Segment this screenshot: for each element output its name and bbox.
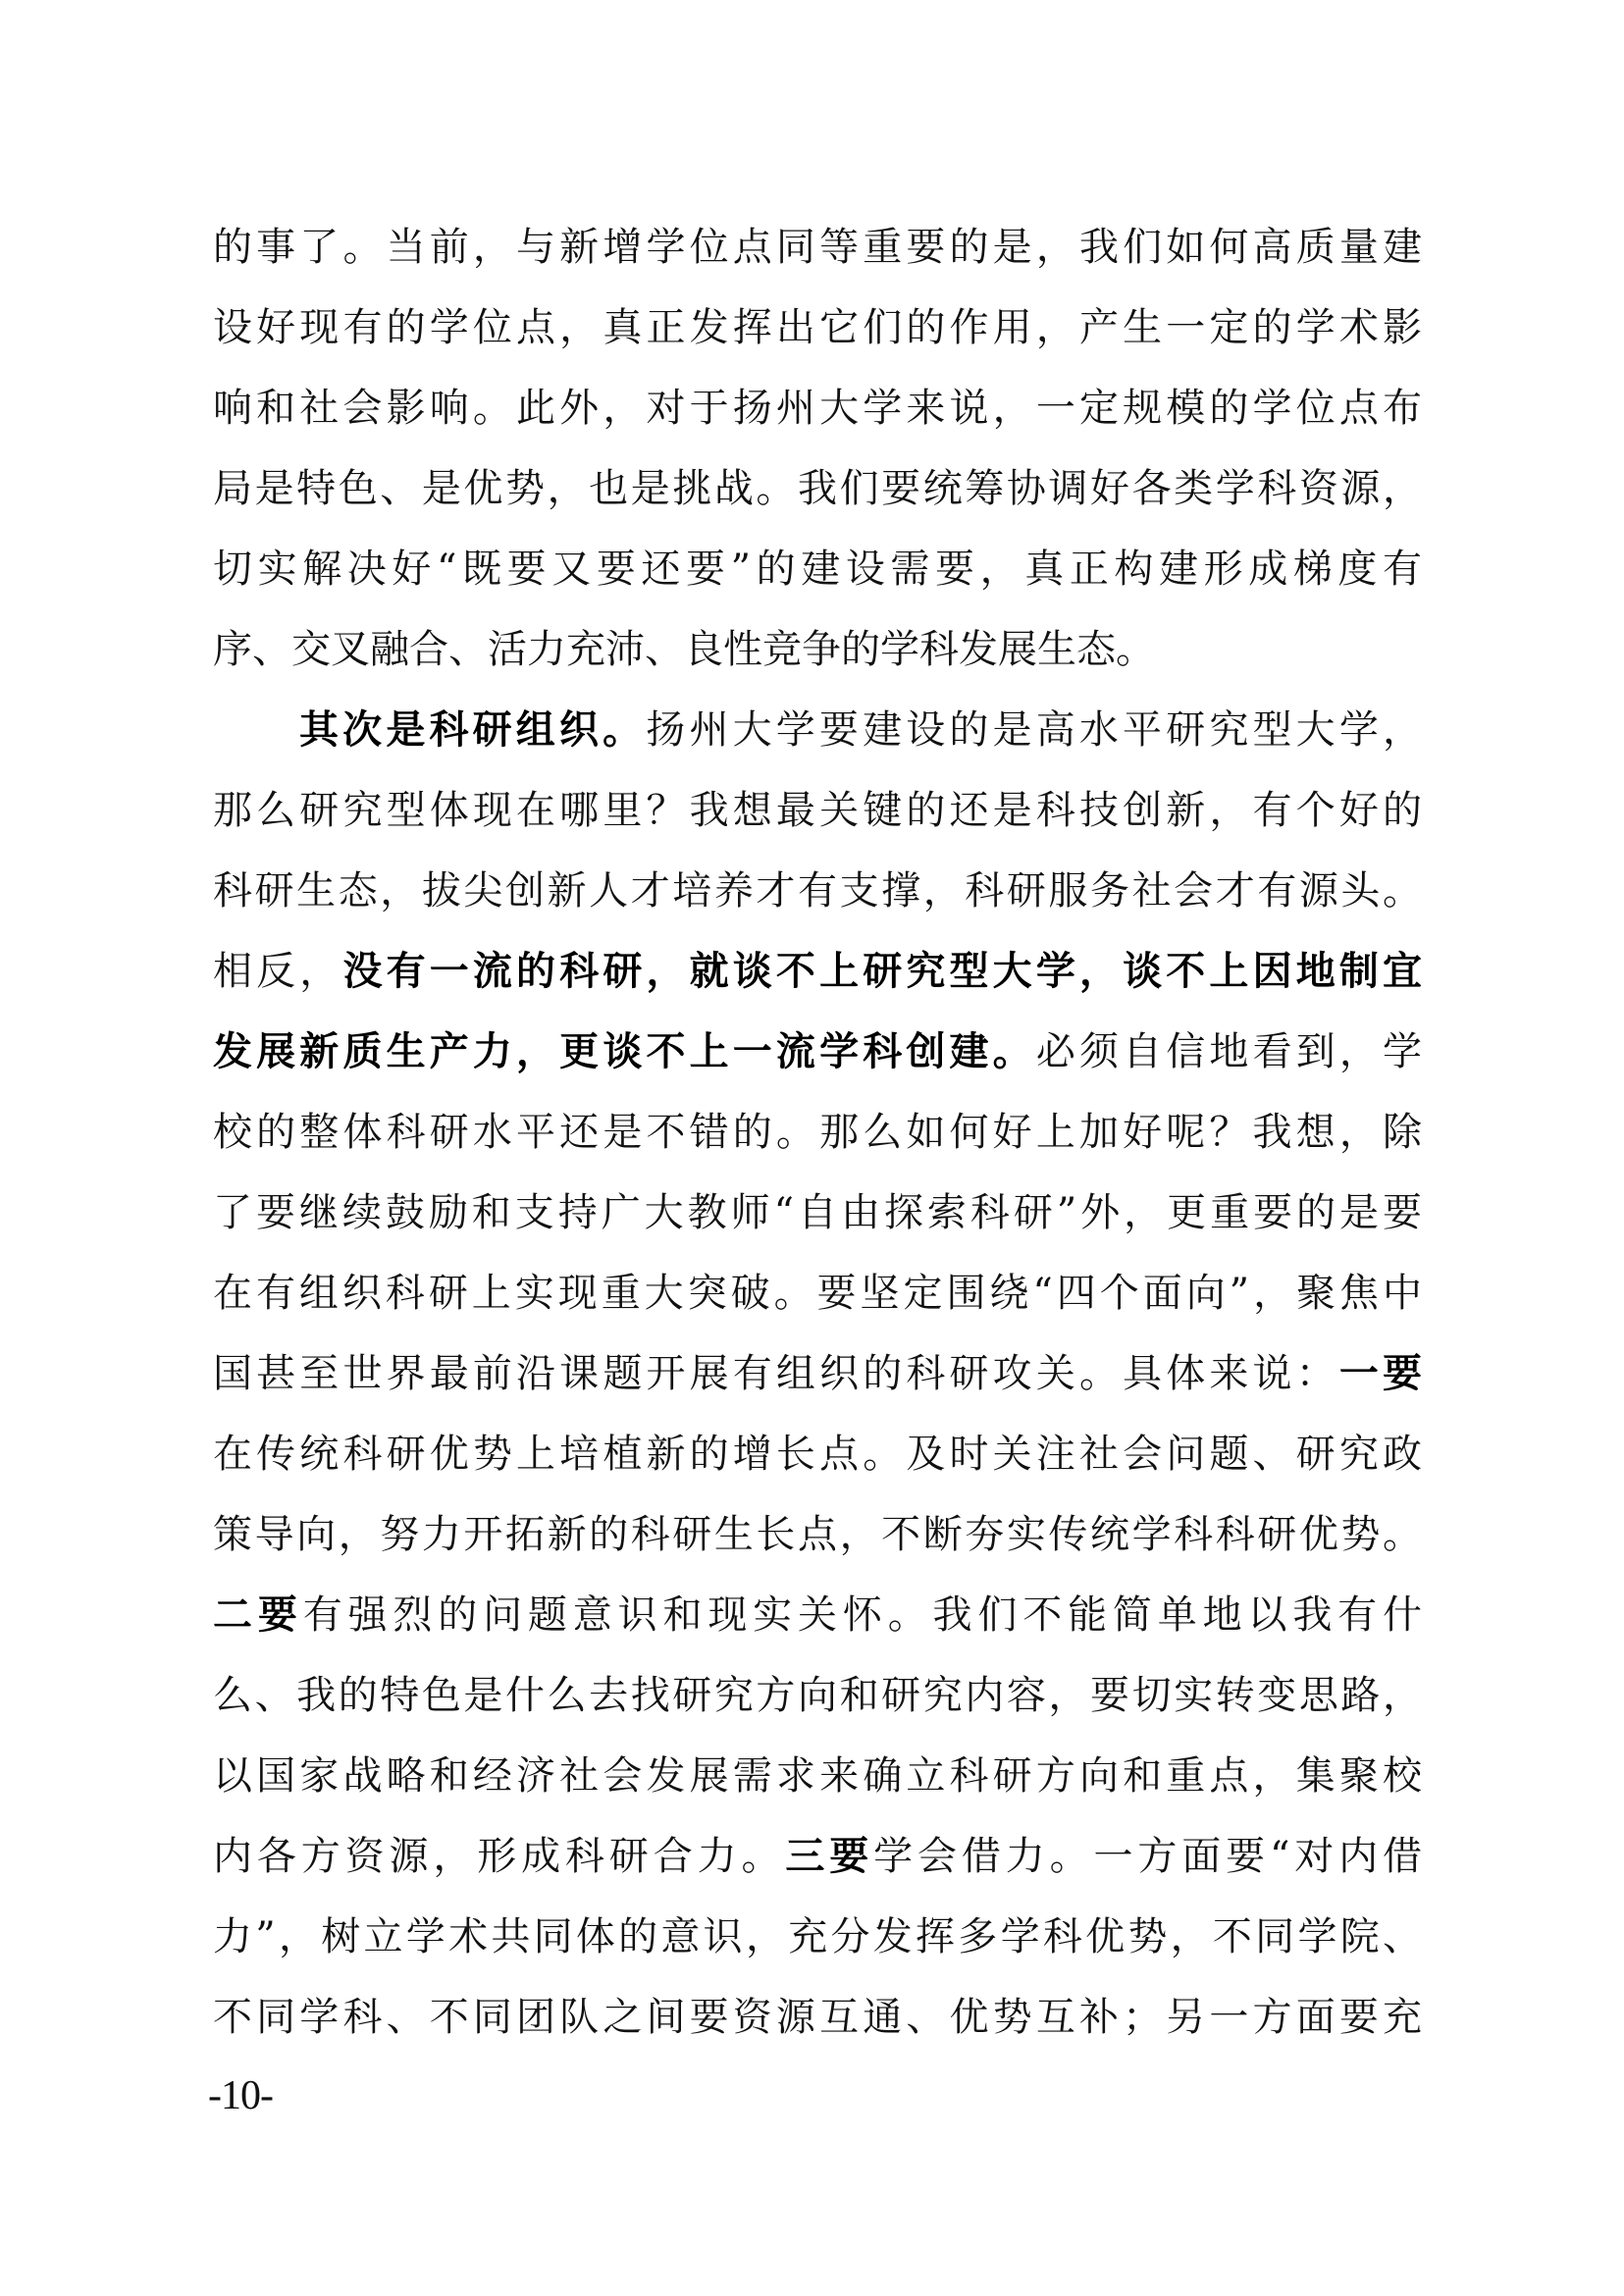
text-segment: 必须自信地看到，学: [1036, 1029, 1422, 1074]
text-line: 在有组织科研上实现重大突破。要坚定围绕“四个面向”，聚焦中: [213, 1253, 1422, 1333]
text-segment: 策导向，努力开拓新的科研生长点，不断夯实传统学科科研优势。: [213, 1512, 1422, 1557]
text-line: 在传统科研优势上培植新的增长点。及时关注社会问题、研究政: [213, 1414, 1422, 1494]
text-segment: 么、我的特色是什么去找研究方向和研究内容，要切实转变思路，: [213, 1673, 1422, 1718]
text-segment: 了要继续鼓励和支持广大教师“自由探索科研”外，更重要的是要: [213, 1190, 1422, 1235]
paragraph: 的事了。当前，与新增学位点同等重要的是，我们如何高质量建设好现有的学位点，真正发…: [213, 207, 1422, 690]
text-segment: 内各方资源，形成科研合力。: [213, 1834, 785, 1879]
text-segment: 那么研究型体现在哪里？我想最关键的还是科技创新，有个好的: [213, 788, 1422, 833]
page-number: -10-: [208, 2072, 273, 2119]
text-segment: 序、交叉融合、活力充沛、良性竞争的学科发展生态。: [213, 627, 1155, 672]
text-segment: 响和社会影响。此外，对于扬州大学来说，一定规模的学位点布: [213, 386, 1422, 431]
text-line: 切实解决好“既要又要还要”的建设需要，真正构建形成梯度有: [213, 529, 1422, 609]
bold-text-segment: 其次是科研组织。: [299, 706, 646, 753]
text-line: 么、我的特色是什么去找研究方向和研究内容，要切实转变思路，: [213, 1655, 1422, 1736]
body-text: 的事了。当前，与新增学位点同等重要的是，我们如何高质量建设好现有的学位点，真正发…: [213, 207, 1422, 2058]
bold-text-segment: 二要: [213, 1592, 303, 1638]
text-segment: 以国家战略和经济社会发展需求来确立科研方向和重点，集聚校: [213, 1753, 1422, 1799]
text-line: 国甚至世界最前沿课题开展有组织的科研攻关。具体来说：一要: [213, 1333, 1422, 1414]
text-line: 响和社会影响。此外，对于扬州大学来说，一定规模的学位点布: [213, 368, 1422, 448]
text-segment: 校的整体科研水平还是不错的。那么如何好上加好呢？我想，除: [213, 1110, 1422, 1155]
text-segment: 力”，树立学术共同体的意识，充分发挥多学科优势，不同学院、: [213, 1914, 1422, 1959]
text-line: 那么研究型体现在哪里？我想最关键的还是科技创新，有个好的: [213, 770, 1422, 851]
text-line: 内各方资源，形成科研合力。三要学会借力。一方面要“对内借: [213, 1816, 1422, 1897]
text-line: 策导向，努力开拓新的科研生长点，不断夯实传统学科科研优势。: [213, 1494, 1422, 1575]
paragraph: 其次是科研组织。扬州大学要建设的是高水平研究型大学，那么研究型体现在哪里？我想最…: [213, 690, 1422, 2058]
text-segment: 扬州大学要建设的是高水平研究型大学，: [646, 707, 1422, 753]
text-line: 以国家战略和经济社会发展需求来确立科研方向和重点，集聚校: [213, 1736, 1422, 1816]
text-line: 的事了。当前，与新增学位点同等重要的是，我们如何高质量建: [213, 207, 1422, 287]
text-line: 发展新质生产力，更谈不上一流学科创建。必须自信地看到，学: [213, 1012, 1422, 1092]
text-segment: 学会借力。一方面要“对内借: [873, 1834, 1422, 1879]
text-segment: 科研生态，拔尖创新人才培养才有支撑，科研服务社会才有源头。: [213, 868, 1422, 913]
bold-text-segment: 一要: [1339, 1350, 1422, 1396]
text-line: 相反，没有一流的科研，就谈不上研究型大学，谈不上因地制宜: [213, 931, 1422, 1012]
text-segment: 有强烈的问题意识和现实关怀。我们不能简单地以我有什: [303, 1592, 1422, 1638]
text-line: 了要继续鼓励和支持广大教师“自由探索科研”外，更重要的是要: [213, 1173, 1422, 1253]
bold-text-segment: 没有一流的科研，就谈不上研究型大学，谈不上因地制宜: [342, 948, 1422, 994]
text-line: 校的整体科研水平还是不错的。那么如何好上加好呢？我想，除: [213, 1092, 1422, 1173]
text-line: 二要有强烈的问题意识和现实关怀。我们不能简单地以我有什: [213, 1575, 1422, 1655]
text-segment: 局是特色、是优势，也是挑战。我们要统筹协调好各类学科资源，: [213, 466, 1422, 511]
text-segment: 切实解决好“既要又要还要”的建设需要，真正构建形成梯度有: [213, 547, 1422, 592]
text-segment: 的事了。当前，与新增学位点同等重要的是，我们如何高质量建: [213, 225, 1422, 270]
bold-text-segment: 三要: [785, 1833, 873, 1879]
text-line: 不同学科、不同团队之间要资源互通、优势互补；另一方面要充: [213, 1977, 1422, 2058]
text-line: 其次是科研组织。扬州大学要建设的是高水平研究型大学，: [213, 690, 1422, 770]
document-page: 的事了。当前，与新增学位点同等重要的是，我们如何高质量建设好现有的学位点，真正发…: [0, 0, 1624, 2296]
text-line: 设好现有的学位点，真正发挥出它们的作用，产生一定的学术影: [213, 287, 1422, 368]
text-segment: 设好现有的学位点，真正发挥出它们的作用，产生一定的学术影: [213, 305, 1422, 350]
text-line: 科研生态，拔尖创新人才培养才有支撑，科研服务社会才有源头。: [213, 851, 1422, 931]
text-segment: 国甚至世界最前沿课题开展有组织的科研攻关。具体来说：: [213, 1351, 1339, 1396]
bold-text-segment: 发展新质生产力，更谈不上一流学科创建。: [213, 1028, 1036, 1074]
text-segment: 在传统科研优势上培植新的增长点。及时关注社会问题、研究政: [213, 1432, 1422, 1477]
text-segment: 不同学科、不同团队之间要资源互通、优势互补；另一方面要充: [213, 1995, 1422, 2040]
text-line: 序、交叉融合、活力充沛、良性竞争的学科发展生态。: [213, 609, 1422, 690]
text-segment: 相反，: [213, 949, 342, 994]
text-line: 力”，树立学术共同体的意识，充分发挥多学科优势，不同学院、: [213, 1897, 1422, 1977]
text-line: 局是特色、是优势，也是挑战。我们要统筹协调好各类学科资源，: [213, 448, 1422, 529]
text-segment: 在有组织科研上实现重大突破。要坚定围绕“四个面向”，聚焦中: [213, 1271, 1422, 1316]
